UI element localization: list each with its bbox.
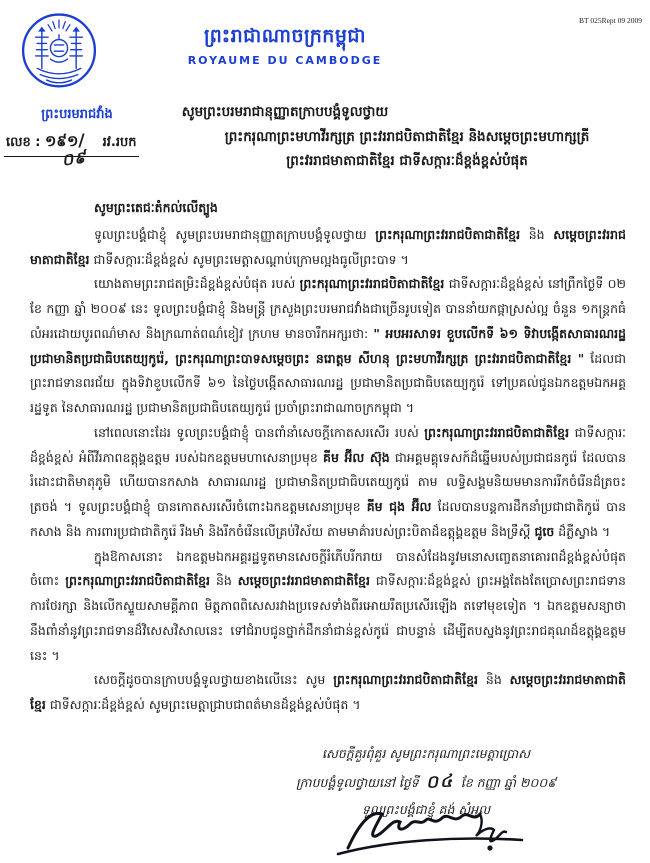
body-text: ដ៏ភ្លឺស្វាង ។ bbox=[554, 524, 610, 539]
body-paragraph: នៅពេលនោះដែរ ទូលព្រះបង្គំជាខ្ញុំ បានពាំនា… bbox=[30, 421, 626, 545]
body-paragraph: ទូលព្រះបង្គំជាខ្ញុំ សូមព្រះបរមរាជានុញ្ញា… bbox=[30, 223, 626, 273]
body-paragraph: សេចក្តីដូចបានក្រាបបង្គំទូលថ្វាយខាងលើនេះ … bbox=[30, 668, 626, 718]
body-text: ជាទីសក្ការៈដ៏ខ្ពង់ខ្ពស់ សូមព្រះមេត្តាសណ្… bbox=[90, 252, 409, 267]
handwritten-signature bbox=[330, 796, 530, 858]
body-text-bold: ព្រះករុណាព្រះវររាជបិតាជាតិខ្មែរ bbox=[65, 573, 210, 588]
body-text: សេចក្តីដូចបានក្រាបបង្គំទូលថ្វាយខាងលើនេះ … bbox=[94, 672, 333, 687]
body-text: និង bbox=[520, 227, 553, 242]
reference-office-code: រវ.របក bbox=[103, 135, 137, 150]
letter-greeting: សូមព្រះតេជៈតំកល់លើត្បូង bbox=[94, 196, 626, 221]
royal-letter-page: ព្រះបរមរាជវាំង ព្រះរាជាណាចក្រកម្ពុជា ROY… bbox=[0, 0, 650, 863]
body-paragraph: យោងតាមព្រះរាជតម្រិះដ៏ខ្ពង់ខ្ពស់បំផុត របស… bbox=[30, 272, 626, 421]
body-text: នៅពេលនោះដែរ ទូលព្រះបង្គំជាខ្ញុំ បានពាំនា… bbox=[94, 425, 424, 440]
body-text-bold: ព្រះករុណាព្រះវររាជបិតាជាតិខ្មែរ bbox=[300, 276, 445, 291]
kingdom-title-french: ROYAUME DU CAMBODGE bbox=[150, 54, 420, 67]
body-text-bold: សម្តេចព្រះវររាជមាតាជាតិខ្មែរ bbox=[238, 573, 370, 588]
reference-number-handwritten: ០៩ bbox=[60, 146, 88, 173]
salutation-line-1: សូមព្រះបរមរាជានុញ្ញាតក្រាបបង្គំទូលថ្វាយ bbox=[160, 103, 410, 123]
palace-label: ព្រះបរមរាជវាំង bbox=[22, 106, 132, 125]
body-text-bold: គីម ជុង អ៊ីល bbox=[367, 499, 432, 514]
closing-date-prefix: ក្រាបបង្គំទូលថ្វាយនៅ ថ្ងៃទី bbox=[296, 775, 419, 790]
salutation-line-3: ព្រះវររាជមាតាជាតិខ្មែរ ជាទីសក្ការៈដ៏ខ្ពង… bbox=[168, 152, 646, 172]
reference-label: លេខ : bbox=[6, 135, 40, 150]
body-text: និង bbox=[210, 573, 238, 588]
letter-paragraphs: ទូលព្រះបង្គំជាខ្ញុំ សូមព្រះបរមរាជានុញ្ញា… bbox=[30, 223, 626, 718]
body-paragraph: ក្នុងឱកាសនោះ ឯកឧត្តមឯកអគ្គរដ្ឋទូតមានសេចក… bbox=[30, 545, 626, 669]
body-text: យោងតាមព្រះរាជតម្រិះដ៏ខ្ពង់ខ្ពស់បំផុត របស… bbox=[94, 276, 300, 291]
closing-date-line: ក្រាបបង្គំទូលថ្វាយនៅ ថ្ងៃទី ០៤ ខែ កញ្ញា … bbox=[236, 766, 616, 798]
kingdom-title-khmer: ព្រះរាជាណាចក្រកម្ពុជា bbox=[150, 24, 420, 52]
document-code: BT 025Rept 09 2009 bbox=[579, 16, 642, 25]
royal-arms-of-cambodia-emblem bbox=[20, 7, 98, 97]
letter-body: សូមព្រះតេជៈតំកល់លើត្បូង ទូលព្រះបង្គំជាខ្… bbox=[30, 196, 626, 718]
body-text-bold: គីម អ៊ីល ស៊ុង bbox=[323, 450, 390, 465]
body-text-bold: ជូចេ bbox=[534, 524, 554, 539]
closing-courtesy-line: សេចក្តីគួរពុំគួរ សូមព្រះករុណាព្រះមេត្តាប… bbox=[236, 742, 616, 766]
body-text: និង bbox=[478, 672, 510, 687]
body-text-bold: ព្រះករុណាព្រះវររាជបិតាជាតិខ្មែរ bbox=[424, 425, 569, 440]
salutation-line-2: ព្រះករុណាព្រះមហាវីរក្សត្រ ព្រះវររាជបិតាជ… bbox=[168, 128, 646, 148]
body-text: ជាទីសក្ការៈដ៏ខ្ពង់ខ្ពស់ សូមព្រះមេត្តាជ្រ… bbox=[46, 697, 361, 712]
closing-date-suffix: ខែ កញ្ញា ឆ្នាំ ២០០៩ bbox=[461, 775, 556, 790]
body-text-bold: ព្រះករុណាព្រះវររាជបិតាជាតិខ្មែរ bbox=[375, 227, 520, 242]
closing-date-day-handwritten: ០៤ bbox=[422, 765, 458, 800]
body-text: ទូលព្រះបង្គំជាខ្ញុំ សូមព្រះបរមរាជានុញ្ញា… bbox=[94, 227, 375, 242]
body-text-bold: ព្រះករុណាព្រះវររាជបិតាជាតិខ្មែរ bbox=[333, 672, 478, 687]
